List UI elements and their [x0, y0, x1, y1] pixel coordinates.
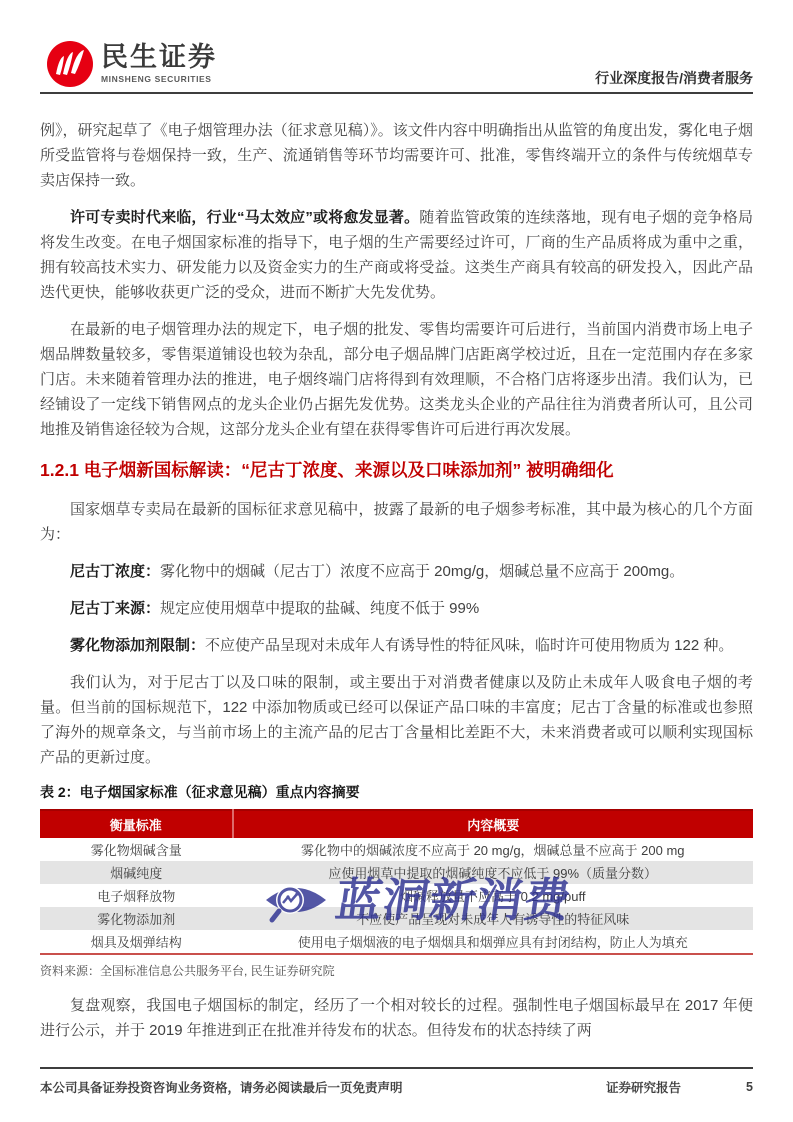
section-heading-1-2-1: 1.2.1 电子烟新国标解读：“尼古丁浓度、来源以及口味添加剂” 被明确细化: [40, 458, 753, 482]
footer-report-label: 证券研究报告: [606, 1078, 681, 1096]
column-header-metric: 衡量标准: [40, 810, 233, 838]
column-header-summary: 内容概要: [233, 810, 754, 838]
bullet-lead: 雾化物添加剂限制：: [70, 637, 205, 654]
brand-text: 民生证券 MINSHENG SECURITIES: [101, 44, 217, 84]
cell-metric: 烟具及烟弹结构: [40, 930, 233, 954]
cell-summary: 应使用烟草中提取的烟碱纯度不应低于 99%（质量分数）: [233, 861, 754, 884]
bullet-lead: 尼古丁来源：: [70, 600, 160, 617]
minsheng-logo-icon: [46, 40, 94, 88]
paragraph-our-view: 我们认为，对于尼古丁以及口味的限制，或主要出于对消费者健康以及防止未成年人吸食电…: [40, 670, 753, 770]
table-header-row: 衡量标准 内容概要: [40, 810, 753, 838]
paragraph-bold-lead: 许可专卖时代来临，行业“马太效应”或将愈发显著。: [70, 209, 419, 226]
table-row: 雾化物添加剂 不应使产品呈现对未成年人有诱导性的特征风味: [40, 907, 753, 930]
report-page: 民生证券 MINSHENG SECURITIES 行业深度报告/消费者服务 例》…: [0, 0, 793, 1122]
bullet-text: 不应使产品呈现对未成年人有诱导性的特征风味，临时许可使用物质为 122 种。: [205, 637, 733, 654]
table-row: 烟碱纯度 应使用烟草中提取的烟碱纯度不应低于 99%（质量分数）: [40, 861, 753, 884]
cell-metric: 电子烟释放物: [40, 884, 233, 907]
footer-rule: [40, 1067, 753, 1069]
bullet-lead: 尼古丁浓度：: [70, 563, 160, 580]
cell-summary: 不应使产品呈现对未成年人有诱导性的特征风味: [233, 907, 754, 930]
cell-summary: 使用电子烟烟液的电子烟烟具和烟弹应具有封闭结构，防止人为填充: [233, 930, 754, 954]
table-row: 烟具及烟弹结构 使用电子烟烟液的电子烟烟具和烟弹应具有封闭结构，防止人为填充: [40, 930, 753, 954]
cell-summary: 雾化物中的烟碱浓度不应高于 20 mg/g，烟碱总量不应高于 200 mg: [233, 838, 754, 861]
footer-disclaimer: 本公司具备证券投资咨询业务资格，请务必阅读最后一页免责声明: [40, 1078, 606, 1096]
paragraph-retail-licensing: 在最新的电子烟管理办法的规定下，电子烟的批发、零售均需要许可后进行，当前国内消费…: [40, 317, 753, 442]
cell-summary: 烟碱释放量不应高于 0.2 mg/puff: [233, 884, 754, 907]
cell-metric: 雾化物烟碱含量: [40, 838, 233, 861]
table-row: 电子烟释放物 烟碱释放量不应高于 0.2 mg/puff: [40, 884, 753, 907]
page-footer: 本公司具备证券投资咨询业务资格，请务必阅读最后一页免责声明 证券研究报告 5: [40, 1078, 753, 1096]
bullet-text: 规定应使用烟草中提取的盐碱、纯度不低于 99%: [160, 600, 479, 617]
report-body: 例》，研究起草了《电子烟管理办法（征求意见稿）》。该文件内容中明确指出从监管的角…: [40, 118, 753, 1055]
bullet-nicotine-source: 尼古丁来源：规定应使用烟草中提取的盐碱、纯度不低于 99%: [40, 596, 753, 621]
cell-metric: 烟碱纯度: [40, 861, 233, 884]
standard-summary-table: 衡量标准 内容概要 雾化物烟碱含量 雾化物中的烟碱浓度不应高于 20 mg/g，…: [40, 809, 753, 955]
paragraph-continuation: 例》，研究起草了《电子烟管理办法（征求意见稿）》。该文件内容中明确指出从监管的角…: [40, 118, 753, 193]
paragraph-license-era: 许可专卖时代来临，行业“马太效应”或将愈发显著。随着监管政策的连续落地，现有电子…: [40, 205, 753, 305]
page-header: 民生证券 MINSHENG SECURITIES 行业深度报告/消费者服务: [46, 40, 753, 92]
bullet-text: 雾化物中的烟碱（尼古丁）浓度不应高于 20mg/g，烟碱总量不应高于 200mg…: [160, 563, 684, 580]
brand-name-cn: 民生证券: [101, 44, 217, 71]
paragraph-standard-intro: 国家烟草专卖局在最新的国标征求意见稿中，披露了最新的电子烟参考标准，其中最为核心…: [40, 497, 753, 547]
page-number: 5: [739, 1080, 753, 1094]
table-row: 雾化物烟碱含量 雾化物中的烟碱浓度不应高于 20 mg/g，烟碱总量不应高于 2…: [40, 838, 753, 861]
table-title: 表 2：电子烟国家标准（征求意见稿）重点内容摘要: [40, 782, 753, 802]
report-type-label: 行业深度报告/消费者服务: [595, 68, 753, 88]
paragraph-review: 复盘观察，我国电子烟国标的制定，经历了一个相对较长的过程。强制性电子烟国标最早在…: [40, 993, 753, 1043]
brand-name-en: MINSHENG SECURITIES: [101, 75, 217, 84]
table-source-note: 资料来源：全国标准信息公共服务平台, 民生证券研究院: [40, 962, 753, 979]
bullet-nicotine-concentration: 尼古丁浓度：雾化物中的烟碱（尼古丁）浓度不应高于 20mg/g，烟碱总量不应高于…: [40, 559, 753, 584]
header-rule: [40, 92, 753, 94]
bullet-additive-limit: 雾化物添加剂限制：不应使产品呈现对未成年人有诱导性的特征风味，临时许可使用物质为…: [40, 633, 753, 658]
cell-metric: 雾化物添加剂: [40, 907, 233, 930]
